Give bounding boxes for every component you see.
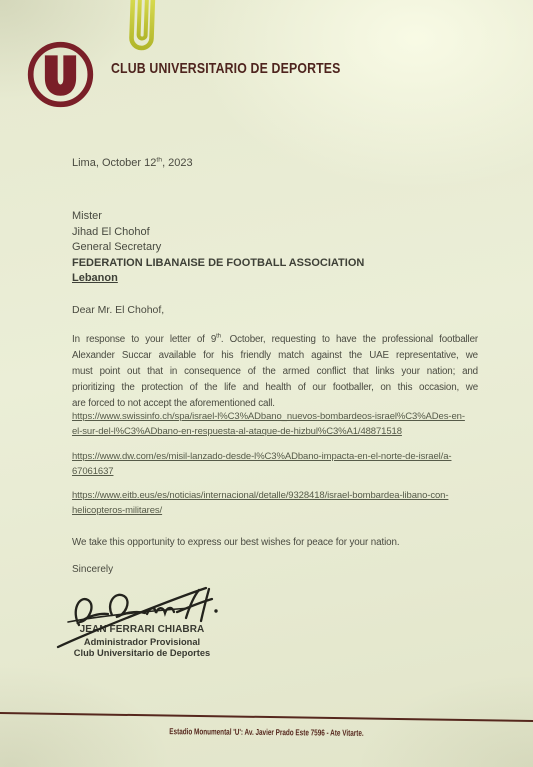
signatory-name: JEAN FERRARI CHIABRA <box>66 624 218 635</box>
sincerely-line: Sincerely <box>72 564 113 575</box>
signatory-organization: Club Universitario de Deportes <box>66 648 218 658</box>
dw-link-line-1: https://www.dw.com/es/misil-lanzado-desd… <box>72 449 482 464</box>
body-line-1-text: In response to your letter of 9 <box>72 334 216 345</box>
body-line-4: prioritizing the protection of the life … <box>72 380 478 396</box>
date-year: , 2023 <box>162 157 193 169</box>
body-line-1: In response to your letter of 9th. Octob… <box>72 332 478 348</box>
club-name-title: CLUB UNIVERSITARIO DE DEPORTES <box>111 60 341 77</box>
swissinfo-link-line-1: https://www.swissinfo.ch/spa/israel-l%C3… <box>72 409 482 424</box>
recipient-title: Mister <box>72 209 364 225</box>
eitb-link[interactable]: https://www.eitb.eus/es/noticias/interna… <box>72 488 482 518</box>
recipient-role: General Secretary <box>72 240 364 256</box>
recipient-country: Lebanon <box>72 272 118 284</box>
salutation-line: Dear Mr. El Chohof, <box>72 304 164 316</box>
signatory-title: Administrador Provisional <box>66 637 218 647</box>
eitb-link-line-2: helicopteros-militares/ <box>72 503 482 518</box>
dw-link[interactable]: https://www.dw.com/es/misil-lanzado-desd… <box>72 449 482 479</box>
letter-date: Lima, October 12th, 2023 <box>72 157 193 169</box>
reference-link-3: https://www.eitb.eus/es/noticias/interna… <box>72 488 482 518</box>
footer-divider <box>0 712 533 722</box>
dw-link-line-2: 67061637 <box>72 464 482 479</box>
recipient-federation: FEDERATION LIBANAISE DE FOOTBALL ASSOCIA… <box>72 256 364 272</box>
reference-link-1: https://www.swissinfo.ch/spa/israel-l%C3… <box>72 409 482 439</box>
eitb-link-line-1: https://www.eitb.eus/es/noticias/interna… <box>72 488 482 503</box>
signatory-block: JEAN FERRARI CHIABRA Administrador Provi… <box>66 624 218 658</box>
footer-address: Estadio Monumental 'U': Av. Javier Prado… <box>69 725 463 738</box>
reference-link-2: https://www.dw.com/es/misil-lanzado-desd… <box>72 449 482 479</box>
body-line-1-rest: . October, requesting to have the profes… <box>221 334 478 345</box>
recipient-name: Jihad El Chohof <box>72 225 364 241</box>
paperclip-icon <box>124 0 160 64</box>
date-text: Lima, October 12 <box>72 157 156 169</box>
swissinfo-link[interactable]: https://www.swissinfo.ch/spa/israel-l%C3… <box>72 409 482 439</box>
body-line-3: must point out that in consequence of th… <box>72 364 478 380</box>
body-paragraph: In response to your letter of 9th. Octob… <box>72 332 478 412</box>
club-logo-u-icon <box>25 39 96 110</box>
recipient-block: Mister Jihad El Chohof General Secretary… <box>72 209 364 287</box>
letter-page: CLUB UNIVERSITARIO DE DEPORTES Lima, Oct… <box>0 0 533 767</box>
closing-wishes-line: We take this opportunity to express our … <box>72 537 399 548</box>
swissinfo-link-line-2: el-sur-del-l%C3%ADbano-en-respuesta-al-a… <box>72 424 482 439</box>
body-line-2: Alexander Succar available for his frien… <box>72 348 478 364</box>
